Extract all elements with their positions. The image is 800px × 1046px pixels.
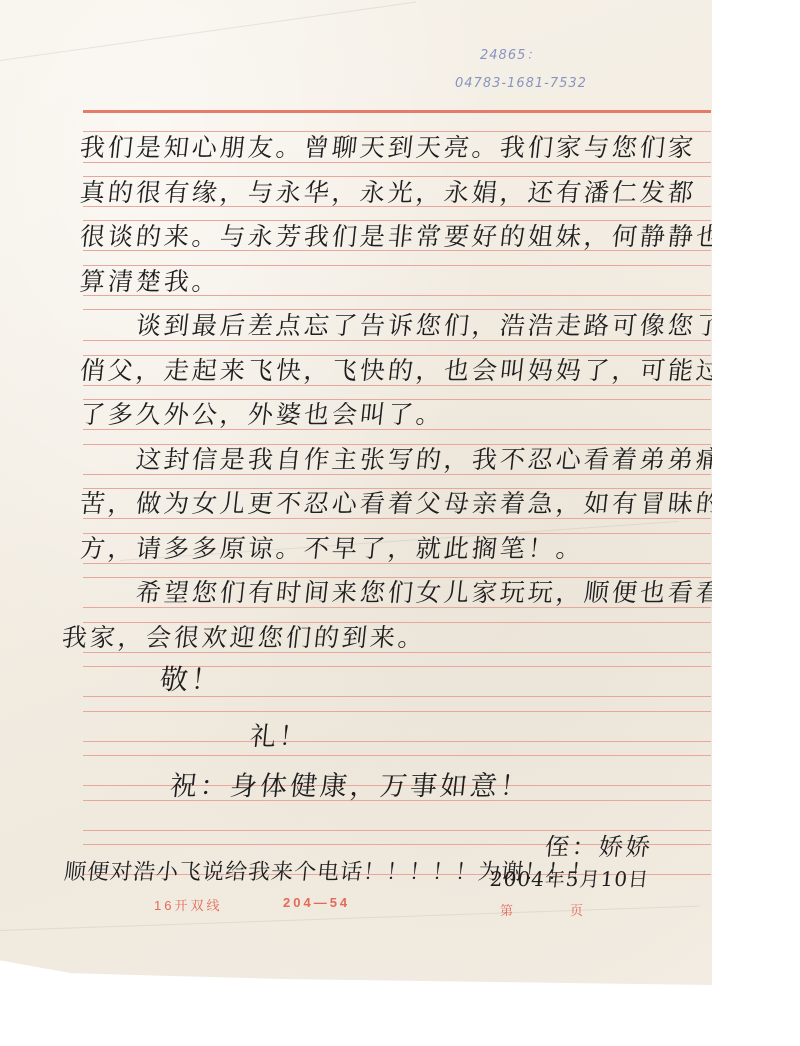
paper-crease — [0, 2, 416, 61]
paper-code-label: 204—54 — [283, 895, 350, 910]
letter-line: 了多久外公，外婆也会叫了。 — [78, 400, 445, 430]
closing-wish: 祝：身体健康，万事如意！ — [168, 772, 531, 802]
closing-respect: 敬！ — [158, 665, 223, 695]
letter-line: 算清楚我。 — [78, 267, 221, 297]
letter-line: 我们是知心朋友。曾聊天到天亮。我们家与您们家 — [78, 133, 697, 163]
closing-li: 礼！ — [248, 722, 309, 752]
margin-note-line1: 24865： — [480, 44, 540, 63]
letter-paper: 24865： 04783-1681-7532 我们是知心朋友。曾聊天到天亮。我们… — [0, 0, 712, 985]
letter-line: 方，请多多原谅。不早了，就此搁笔！。 — [78, 534, 585, 564]
page-suffix-label: 页 — [570, 900, 586, 919]
page-prefix-label: 第 — [500, 900, 516, 919]
paper-spec-label: 16开双线 — [154, 895, 222, 914]
letter-line: 这封信是我自作主张写的，我不忍心看着弟弟痛 — [78, 445, 725, 475]
top-rule — [83, 110, 711, 113]
letter-line: 苦，做为女儿更不忍心看着父母亲着急，如有冒昧的地 — [78, 489, 753, 519]
letter-line: 希望您们有时间来您们女儿家玩玩，顺便也看看 — [78, 578, 725, 608]
letter-line: 我家，会很欢迎您们的到来。 — [60, 623, 427, 653]
letter-line: 真的很有缘，与永华，永光，永娟，还有潘仁发都 — [78, 178, 697, 208]
letter-line: 谈到最后差点忘了告诉您们，浩浩走路可像您了 — [78, 311, 725, 341]
letter-line: 很谈的来。与永芳我们是非常要好的姐妹，何静静也还 — [78, 222, 753, 252]
margin-note-line2: 04783-1681-7532 — [455, 76, 587, 91]
letter-line: 俏父，走起来飞快，飞快的，也会叫妈妈了，可能过不 — [78, 356, 753, 386]
letter-date: 2004年5月10日 — [488, 864, 650, 894]
